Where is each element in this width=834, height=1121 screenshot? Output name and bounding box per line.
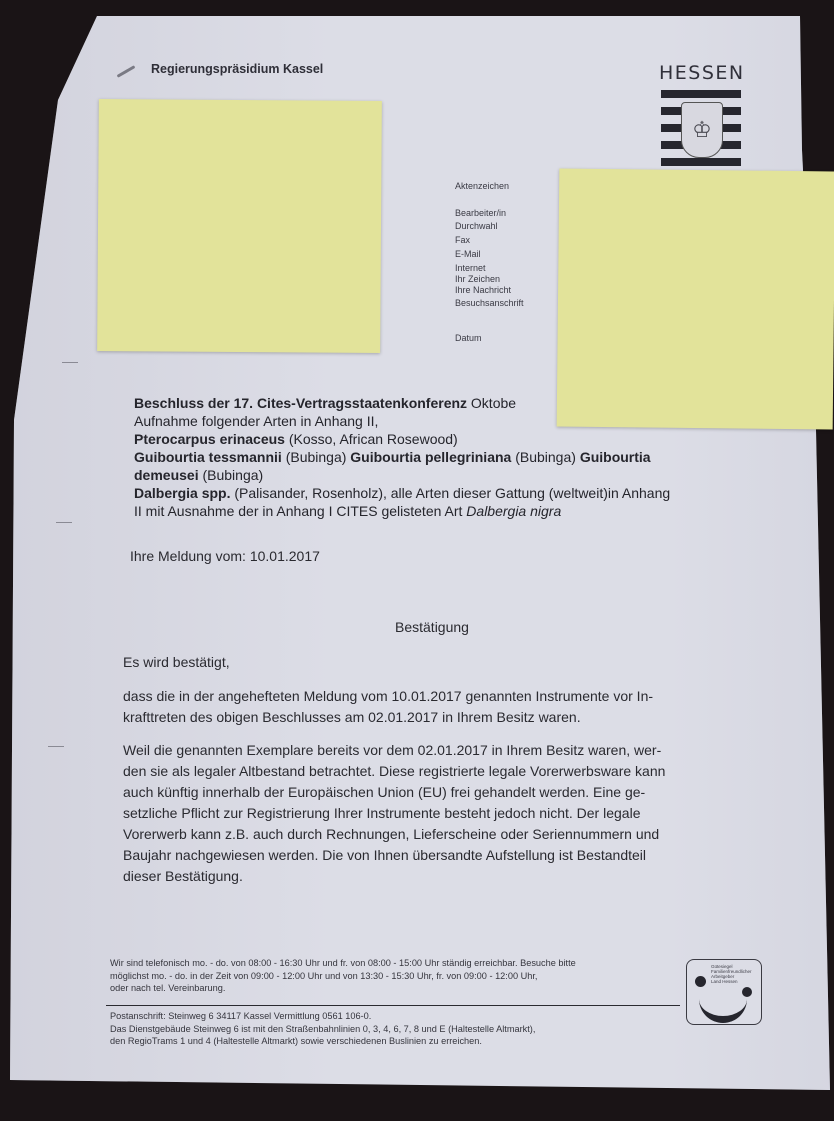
footer-line: Wir sind telefonisch mo. - do. von 08:00… <box>110 957 670 970</box>
family-friendly-employer-seal-icon: Gütesiegel Familienfreundlicher Arbeitge… <box>686 959 762 1025</box>
hessen-logo: HESSEN ♔ <box>659 62 743 167</box>
species-description: (Palisander, Rosenholz), alle Arten dies… <box>230 485 670 501</box>
paragraph-line: krafttreten des obigen Beschlusses am 02… <box>123 707 763 728</box>
species-name: Dalbergia spp. <box>134 485 230 501</box>
confirmation-intro: Es wird bestätigt, <box>123 652 763 673</box>
subject-title-rest: Oktobe <box>467 395 516 411</box>
paragraph-line: Vorerwerb kann z.B. auch durch Rechnunge… <box>123 824 763 845</box>
hessen-coat-of-arms-icon: ♔ <box>681 102 723 158</box>
subject-title: Beschluss der 17. Cites-Vertragsstaatenk… <box>134 395 467 411</box>
confirmation-paragraph-2: Weil die genannten Exemplare bereits vor… <box>123 740 763 887</box>
fold-mark <box>48 746 64 747</box>
fold-mark <box>62 362 78 363</box>
confirmation-paragraph-1: dass die in der angehefteten Meldung vom… <box>123 686 763 728</box>
paragraph-line: Weil die genannten Exemplare bereits vor… <box>123 740 763 761</box>
punch-mark <box>56 522 72 523</box>
paragraph-line: dieser Bestätigung. <box>123 866 763 887</box>
label-bearbeiter: Bearbeiter/in <box>455 208 506 218</box>
species-name: Guibourtia pellegriniana <box>350 449 511 465</box>
footer-office-hours: Wir sind telefonisch mo. - do. von 08:00… <box>110 957 670 995</box>
paragraph-line: Baujahr nachgewiesen werden. Die von Ihn… <box>123 845 763 866</box>
paragraph-line: auch künftig innerhalb der Europäischen … <box>123 782 763 803</box>
label-besuchsanschrift: Besuchsanschrift <box>455 298 524 308</box>
label-aktenzeichen: Aktenzeichen <box>455 181 509 191</box>
sender-authority: Regierungspräsidium Kassel <box>151 62 323 76</box>
hessen-wordmark: HESSEN <box>659 62 743 84</box>
species-exception: II mit Ausnahme der in Anhang I CITES ge… <box>134 503 466 519</box>
label-email: E-Mail <box>455 249 481 259</box>
confirmation-title: Bestätigung <box>395 619 469 635</box>
label-ihr-zeichen: Ihr Zeichen <box>455 274 500 284</box>
footer-line: Postanschrift: Steinweg 6 34117 Kassel V… <box>110 1010 670 1023</box>
species-name: Guibourtia tessmannii <box>134 449 282 465</box>
sticky-note-right <box>557 169 834 430</box>
label-datum: Datum <box>455 333 482 343</box>
species-common-name: (Bubinga) <box>282 449 350 465</box>
species-name-italic: Dalbergia nigra <box>466 503 561 519</box>
label-internet: Internet <box>455 263 486 273</box>
seal-smile <box>699 980 747 1023</box>
footer-line: den RegioTrams 1 und 4 (Haltestelle Altm… <box>110 1035 670 1048</box>
label-ihre-nachricht: Ihre Nachricht <box>455 285 511 295</box>
report-date-line: Ihre Meldung vom: 10.01.2017 <box>130 548 320 564</box>
species-name: Pterocarpus erinaceus <box>134 431 285 447</box>
paragraph-line: dass die in der angehefteten Meldung vom… <box>123 686 763 707</box>
label-fax: Fax <box>455 235 470 245</box>
paragraph-line: setzliche Pflicht zur Registrierung Ihre… <box>123 803 763 824</box>
label-durchwahl: Durchwahl <box>455 221 498 231</box>
species-common-name: (Kosso, African Rosewood) <box>285 431 458 447</box>
species-name: Guibourtia <box>580 449 651 465</box>
paragraph-line: den sie als legaler Altbestand betrachte… <box>123 761 763 782</box>
footer-line: oder nach tel. Vereinbarung. <box>110 982 670 995</box>
hessen-stripes: ♔ <box>659 90 743 167</box>
species-common-name: (Bubinga) <box>511 449 579 465</box>
footer-address: Postanschrift: Steinweg 6 34117 Kassel V… <box>110 1010 670 1048</box>
footer-line: möglichst mo. - do. in der Zeit von 09:0… <box>110 970 670 983</box>
species-common-name: (Bubinga) <box>199 467 264 483</box>
species-name: demeusei <box>134 467 199 483</box>
footer-line: Das Dienstgebäude Steinweg 6 ist mit den… <box>110 1023 670 1036</box>
footer-divider <box>106 1005 680 1006</box>
sticky-note-left <box>97 99 382 353</box>
